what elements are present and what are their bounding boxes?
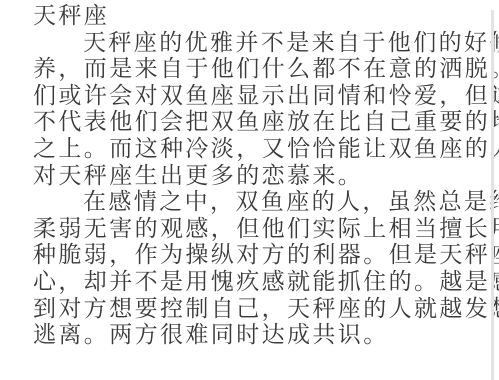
paragraph-line: 种脆弱，作为操纵对方的利器。但是天秤座的 bbox=[33, 242, 463, 269]
paragraph-line: 柔弱无害的观感，但他们实际上相当擅长用这 bbox=[33, 216, 463, 243]
scrollbar[interactable] bbox=[491, 10, 494, 380]
paragraph-line: 不代表他们会把双鱼座放在比自己重要的地位 bbox=[33, 109, 463, 136]
paragraph-line: 在感情之中，双鱼座的人，虽然总是给人 bbox=[33, 189, 463, 216]
document-title: 天秤座 bbox=[33, 3, 463, 30]
paragraph-line: 天秤座的优雅并不是来自于他们的好修 bbox=[33, 30, 463, 57]
paragraph-line: 之上。而这种冷淡，又恰恰能让双鱼座的人， bbox=[33, 136, 463, 163]
paragraph-line: 对天秤座生出更多的恋慕来。 bbox=[33, 163, 463, 190]
paragraph-1: 天秤座的优雅并不是来自于他们的好修 养，而是来自于他们什么都不在意的洒脱。他 们… bbox=[33, 30, 463, 190]
paragraph-2: 在感情之中，双鱼座的人，虽然总是给人 柔弱无害的观感，但他们实际上相当擅长用这 … bbox=[33, 189, 463, 349]
paragraph-line: 到对方想要控制自己，天秤座的人就越发想要 bbox=[33, 296, 463, 323]
document-body: 天秤座 天秤座的优雅并不是来自于他们的好修 养，而是来自于他们什么都不在意的洒脱… bbox=[33, 3, 463, 349]
paragraph-line: 们或许会对双鱼座显示出同情和怜爱，但这并 bbox=[33, 83, 463, 110]
paragraph-line: 养，而是来自于他们什么都不在意的洒脱。他 bbox=[33, 56, 463, 83]
paragraph-line: 心，却并不是用愧疚感就能抓住的。越是感受 bbox=[33, 269, 463, 296]
paragraph-line: 逃离。两方很难同时达成共识。 bbox=[33, 322, 463, 349]
